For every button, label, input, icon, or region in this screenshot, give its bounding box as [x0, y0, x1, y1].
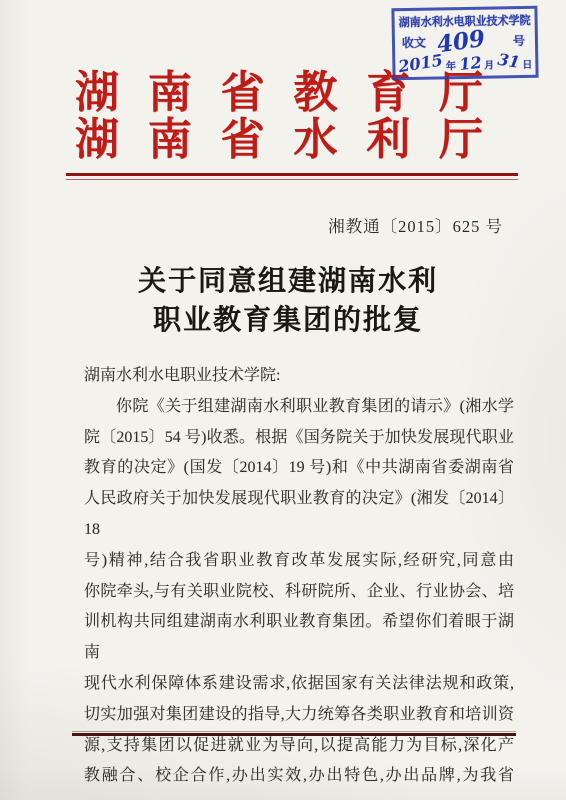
stamp-received-label: 收文: [402, 34, 426, 51]
stamp-month-label: 月: [484, 56, 494, 71]
body-line: 人民政府关于加快发展现代职业教育的决定》(湘发〔2014〕18: [84, 484, 514, 546]
stamp-year-label: 年: [446, 57, 456, 72]
body-line: 切实加强对集团建设的指导,大力统筹各类职业教育和培训资: [84, 700, 514, 731]
body-line: 号)精神,结合我省职业教育改革发展实际,经研究,同意由: [84, 546, 514, 577]
stamp-year-value: 2015: [397, 50, 444, 76]
body-line: 现代水利保障体系建设需求,依据国家有关法律法规和政策,: [84, 669, 514, 700]
body-salutation: 湖南水利水电职业技术学院:: [84, 361, 514, 392]
document-page: 湖南水利水电职业技术学院 收文 409 号 2015 年 12 月 31 日 湖…: [0, 0, 566, 800]
stamp-day-value: 31: [496, 50, 521, 72]
stamp-month-value: 12: [458, 53, 482, 74]
stamp-number-suffix: 号: [513, 32, 525, 49]
letterhead-line-2: 湖南省水利厅: [75, 117, 483, 162]
received-stamp: 湖南水利水电职业技术学院 收文 409 号 2015 年 12 月 31 日: [391, 6, 538, 81]
body-line: 院〔2015〕54 号)收悉。根据《国务院关于加快发展现代职业: [84, 423, 514, 454]
letterhead: 湖南省教育厅 湖南省水利厅: [75, 70, 483, 162]
stamp-date-row: 2015 年 12 月 31 日: [395, 53, 535, 74]
title-line-1: 关于同意组建湖南水利: [5, 262, 566, 301]
body-line: 教融合、校企合作,办出实效,办出特色,办出品牌,为我省: [84, 761, 514, 792]
document-title: 关于同意组建湖南水利 职业教育集团的批复: [5, 262, 566, 340]
doc-number: 湘教通〔2015〕625 号: [328, 213, 503, 237]
title-line-2: 职业教育集团的批复: [5, 301, 566, 340]
stamp-day-label: 日: [522, 56, 532, 71]
document-body: 湖南水利水电职业技术学院: 你院《关于组建湖南水利职业教育集团的请示》(湘水学 …: [84, 361, 514, 792]
body-line: 教育的决定》(国发〔2014〕19 号)和《中共湖南省委湖南省: [84, 453, 514, 484]
body-line: 你院牵头,与有关职业院校、科研院所、企业、行业协会、培: [84, 577, 514, 608]
body-line: 训机构共同组建湖南水利职业教育集团。希望你们着眼于湖南: [84, 607, 514, 669]
body-line: 你院《关于组建湖南水利职业教育集团的请示》(湘水学: [84, 392, 514, 423]
fold-line: [72, 731, 516, 736]
letterhead-rule: [66, 173, 518, 180]
